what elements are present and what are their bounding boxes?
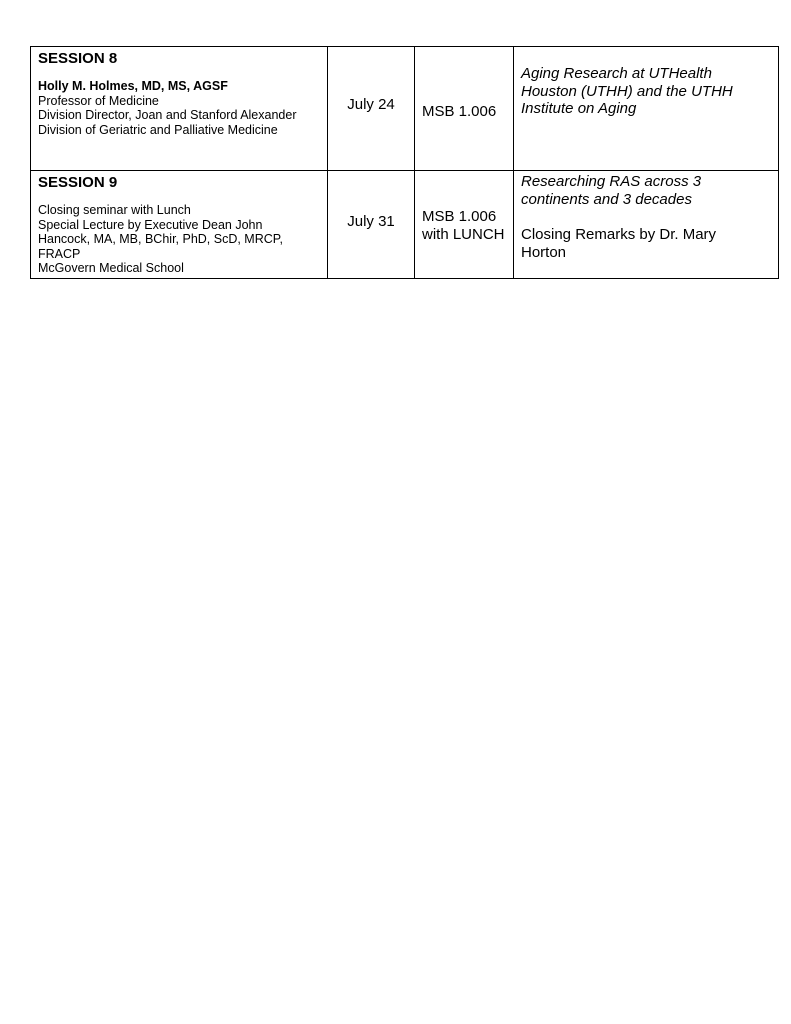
venue-line: with LUNCH (422, 226, 513, 244)
speaker-line: Hancock, MA, MB, BChir, PhD, ScD, MRCP, (38, 232, 320, 247)
session-date: July 24 (328, 47, 414, 114)
session-date: July 31 (328, 171, 414, 231)
session-title: SESSION 9 (38, 174, 320, 191)
speaker-line: Division Director, Joan and Stanford Ale… (38, 108, 320, 123)
speaker-line: Special Lecture by Executive Dean John (38, 218, 320, 233)
table-row: SESSION 9 Closing seminar with Lunch Spe… (31, 171, 779, 279)
topic-line: Closing Remarks by Dr. Mary (521, 226, 772, 244)
venue-cell: MSB 1.006 with LUNCH (415, 171, 514, 279)
session-title: SESSION 8 (38, 50, 320, 67)
speaker-name: Holly M. Holmes, MD, MS, AGSF (38, 79, 320, 94)
speaker-line: FRACP (38, 247, 320, 262)
session-schedule-table: SESSION 8 Holly M. Holmes, MD, MS, AGSF … (30, 46, 779, 279)
table-row: SESSION 8 Holly M. Holmes, MD, MS, AGSF … (31, 47, 779, 171)
topic-line: Institute on Aging (521, 100, 772, 118)
topic-line: Houston (UTHH) and the UTHH (521, 83, 772, 101)
topic-line: Horton (521, 244, 772, 262)
topic-line: Researching RAS across 3 (521, 173, 772, 191)
spacer (521, 208, 772, 226)
speaker-line: Division of Geriatric and Palliative Med… (38, 123, 320, 138)
venue-cell: MSB 1.006 (415, 47, 514, 171)
venue-line: MSB 1.006 (422, 103, 513, 121)
venue-line: MSB 1.006 (422, 208, 513, 226)
speaker-line: Closing seminar with Lunch (38, 203, 320, 218)
speaker-line: McGovern Medical School (38, 261, 320, 276)
topic-line: continents and 3 decades (521, 191, 772, 209)
speaker-cell: SESSION 8 Holly M. Holmes, MD, MS, AGSF … (31, 47, 328, 171)
date-cell: July 24 (328, 47, 415, 171)
topic-line: Aging Research at UTHealth (521, 65, 772, 83)
date-cell: July 31 (328, 171, 415, 279)
speaker-cell: SESSION 9 Closing seminar with Lunch Spe… (31, 171, 328, 279)
topic-cell: Researching RAS across 3 continents and … (514, 171, 779, 279)
topic-cell: Aging Research at UTHealth Houston (UTHH… (514, 47, 779, 171)
speaker-line: Professor of Medicine (38, 94, 320, 109)
